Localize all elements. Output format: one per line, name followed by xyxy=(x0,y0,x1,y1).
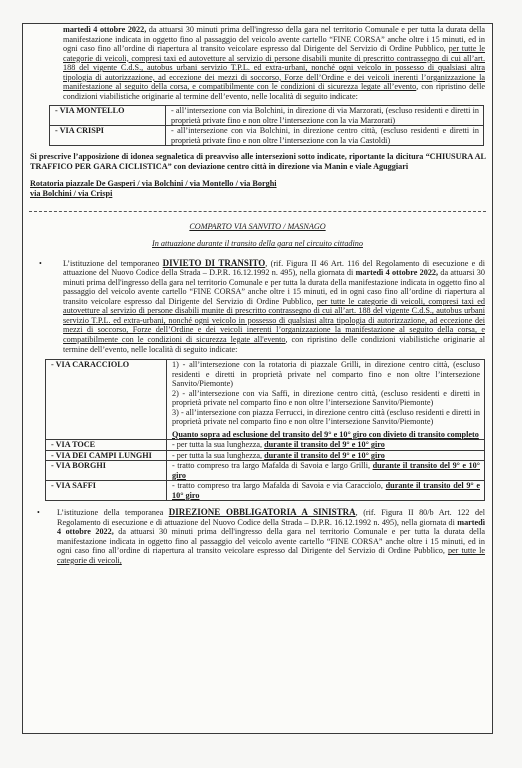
street-name: - VIA SAFFI xyxy=(46,481,167,501)
street-description: - tratto compreso tra largo Mafalda di S… xyxy=(167,481,485,501)
description-text: - per tutta la sua lunghezza, xyxy=(172,440,264,449)
paragraph-text: L’istituzione del temporaneo xyxy=(63,259,163,268)
bullet-icon: • xyxy=(37,508,40,518)
measure-title: DIVIETO DI TRANSITO xyxy=(163,258,266,268)
paragraph-text: da attuarsi 30 minuti prima dell'ingress… xyxy=(57,527,485,555)
exclusion-note: Quanto sopra ad esclusione del transito … xyxy=(172,430,480,440)
table-row: - VIA MONTELLO - all’intersezione con vi… xyxy=(50,106,484,126)
table-row: - VIA CRISPI - all’intersezione con via … xyxy=(50,126,484,146)
signage-location-1: Rotatoria piazzale De Gasperi / via Bolc… xyxy=(30,179,486,189)
table-row: - VIA BORGHI - tratto compreso tra largo… xyxy=(46,461,485,481)
document-page: martedì 4 ottobre 2022, da attuarsi 30 m… xyxy=(22,23,493,734)
date-text: martedì 4 ottobre 2022, xyxy=(63,25,146,34)
street-name: - VIA BORGHI xyxy=(46,461,167,481)
table-row: - VIA SAFFI - tratto compreso tra largo … xyxy=(46,481,485,501)
condition-text: durante il transito del 9° e 10° giro xyxy=(264,451,385,460)
closure-table-1: - VIA MONTELLO - all’intersezione con vi… xyxy=(49,105,484,146)
bullet-direzione-obbligatoria: • L’istituzione della temporanea DIREZIO… xyxy=(57,508,485,565)
condition-text: durante il transito del 9° e 10° giro xyxy=(264,440,385,449)
measure-title: DIREZIONE OBBLIGATORIA A SINISTRA xyxy=(169,507,356,517)
date-text: martedì 4 ottobre 2022, xyxy=(356,268,438,277)
table-row: - VIA TOCE - per tutta la sua lunghezza,… xyxy=(46,440,485,451)
table-row: - VIA DEI CAMPI LUNGHI - per tutta la su… xyxy=(46,450,485,461)
closure-table-2: - VIA CARACCIOLO 1) - all’intersezione c… xyxy=(45,359,485,501)
section-subtitle: In attuazione durante il transito della … xyxy=(23,239,492,249)
street-name: - VIA TOCE xyxy=(46,440,167,451)
list-item: 3) - all’intersezione con piazza Ferrucc… xyxy=(172,408,480,427)
section-title: COMPARTO VIA SANVITO / MASNAGO xyxy=(23,222,492,232)
description-text: - per tutta la sua lunghezza, xyxy=(172,451,264,460)
table-row: - VIA CARACCIOLO 1) - all’intersezione c… xyxy=(46,360,485,440)
street-description: - all’intersezione con via Bolchini, in … xyxy=(166,106,484,126)
street-description: - tratto compreso tra largo Mafalda di S… xyxy=(167,461,485,481)
list-item: 1) - all’intersezione con la rotatoria d… xyxy=(172,360,480,389)
bullet-divieto-transito: • L’istituzione del temporaneo DIVIETO D… xyxy=(63,259,485,354)
description-text: - tratto compreso tra largo Mafalda di S… xyxy=(172,481,386,490)
street-description: - per tutta la sua lunghezza, durante il… xyxy=(167,450,485,461)
street-description: - per tutta la sua lunghezza, durante il… xyxy=(167,440,485,451)
street-description: 1) - all’intersezione con la rotatoria d… xyxy=(167,360,485,440)
paragraph-continuation: martedì 4 ottobre 2022, da attuarsi 30 m… xyxy=(63,25,485,101)
street-name: - VIA DEI CAMPI LUNGHI xyxy=(46,450,167,461)
street-description: - all’intersezione con via Bolchini, in … xyxy=(166,126,484,146)
list-item: 2) - all’intersezione con via Saffi, in … xyxy=(172,389,480,408)
description-text: - tratto compreso tra largo Mafalda di S… xyxy=(172,461,373,470)
section-divider xyxy=(29,211,486,212)
signage-paragraph: Si prescrive l’apposizione di idonea seg… xyxy=(30,152,486,171)
street-name: - VIA MONTELLO xyxy=(50,106,166,126)
signage-location-2: via Bolchini / via Crispi xyxy=(30,189,486,199)
paragraph-text: L’istituzione della temporanea xyxy=(57,508,169,517)
street-name: - VIA CARACCIOLO xyxy=(46,360,167,440)
street-name: - VIA CRISPI xyxy=(50,126,166,146)
bullet-icon: • xyxy=(39,259,42,269)
